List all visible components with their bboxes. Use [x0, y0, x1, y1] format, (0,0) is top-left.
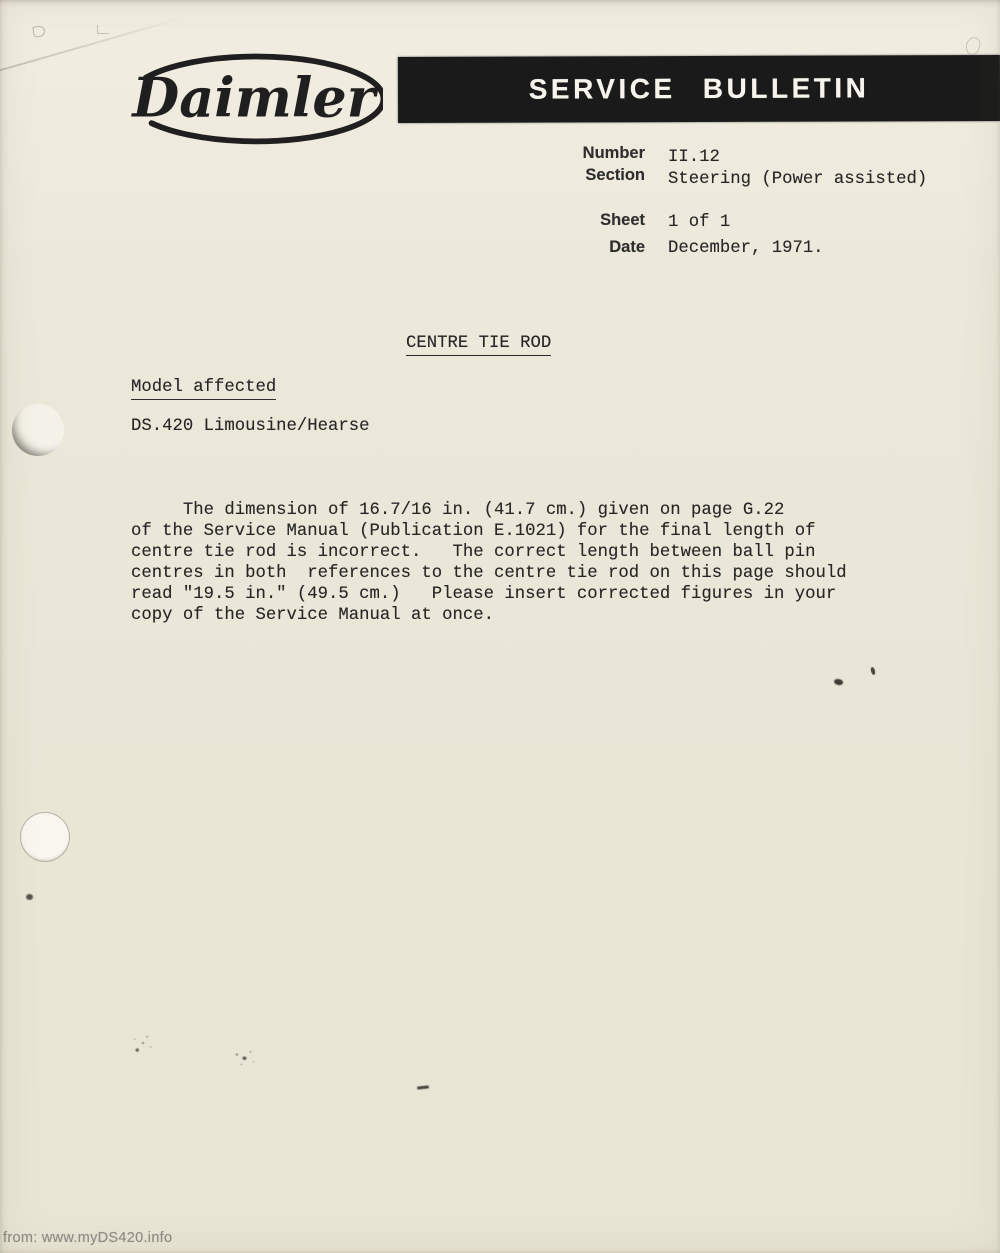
model-affected-value: DS.420 Limousine/Hearse: [131, 417, 370, 436]
punch-hole: [12, 404, 64, 456]
scanned-service-bulletin-page: Daimler SERVICE BULLETIN Number II.12 Se…: [0, 0, 1000, 1253]
section-label: Section: [535, 166, 645, 185]
number-value: II.12: [668, 148, 720, 167]
sheet-label: Sheet: [535, 211, 645, 230]
body-line: read "19.5 in." (49.5 cm.) Please insert…: [131, 584, 847, 605]
date-value: December, 1971.: [668, 239, 824, 258]
body-line: The dimension of 16.7/16 in. (41.7 cm.) …: [131, 500, 847, 521]
pencil-mark: [97, 25, 109, 34]
body-line: centres in both references to the centre…: [131, 563, 847, 584]
date-label: Date: [535, 238, 645, 257]
number-label: Number: [535, 144, 645, 163]
ink-speck: [870, 667, 876, 676]
ink-speck: [833, 678, 844, 687]
daimler-logo: Daimler: [113, 50, 383, 148]
model-affected-heading: Model affected: [131, 378, 276, 400]
punch-hole: [20, 812, 70, 862]
section-value: Steering (Power assisted): [668, 170, 927, 189]
pencil-mark: [32, 25, 45, 38]
service-bulletin-banner: SERVICE BULLETIN: [398, 55, 1000, 123]
dash-mark: [417, 1085, 429, 1089]
smudge-mark: [130, 1027, 156, 1059]
daimler-logo-text: Daimler: [130, 65, 378, 129]
body-line: centre tie rod is incorrect. The correct…: [131, 542, 847, 563]
banner-title: SERVICE BULLETIN: [529, 72, 870, 105]
bulletin-body: The dimension of 16.7/16 in. (41.7 cm.) …: [131, 500, 847, 627]
pencil-mark: [964, 36, 982, 57]
ink-dot: [26, 894, 33, 900]
body-line: of the Service Manual (Publication E.102…: [131, 521, 847, 542]
document-title: CENTRE TIE ROD: [406, 334, 551, 356]
source-watermark: from: www.myDS420.info: [3, 1230, 172, 1246]
body-line: copy of the Service Manual at once.: [131, 605, 847, 626]
smudge-mark: [228, 1042, 258, 1070]
sheet-value: 1 of 1: [668, 213, 730, 232]
